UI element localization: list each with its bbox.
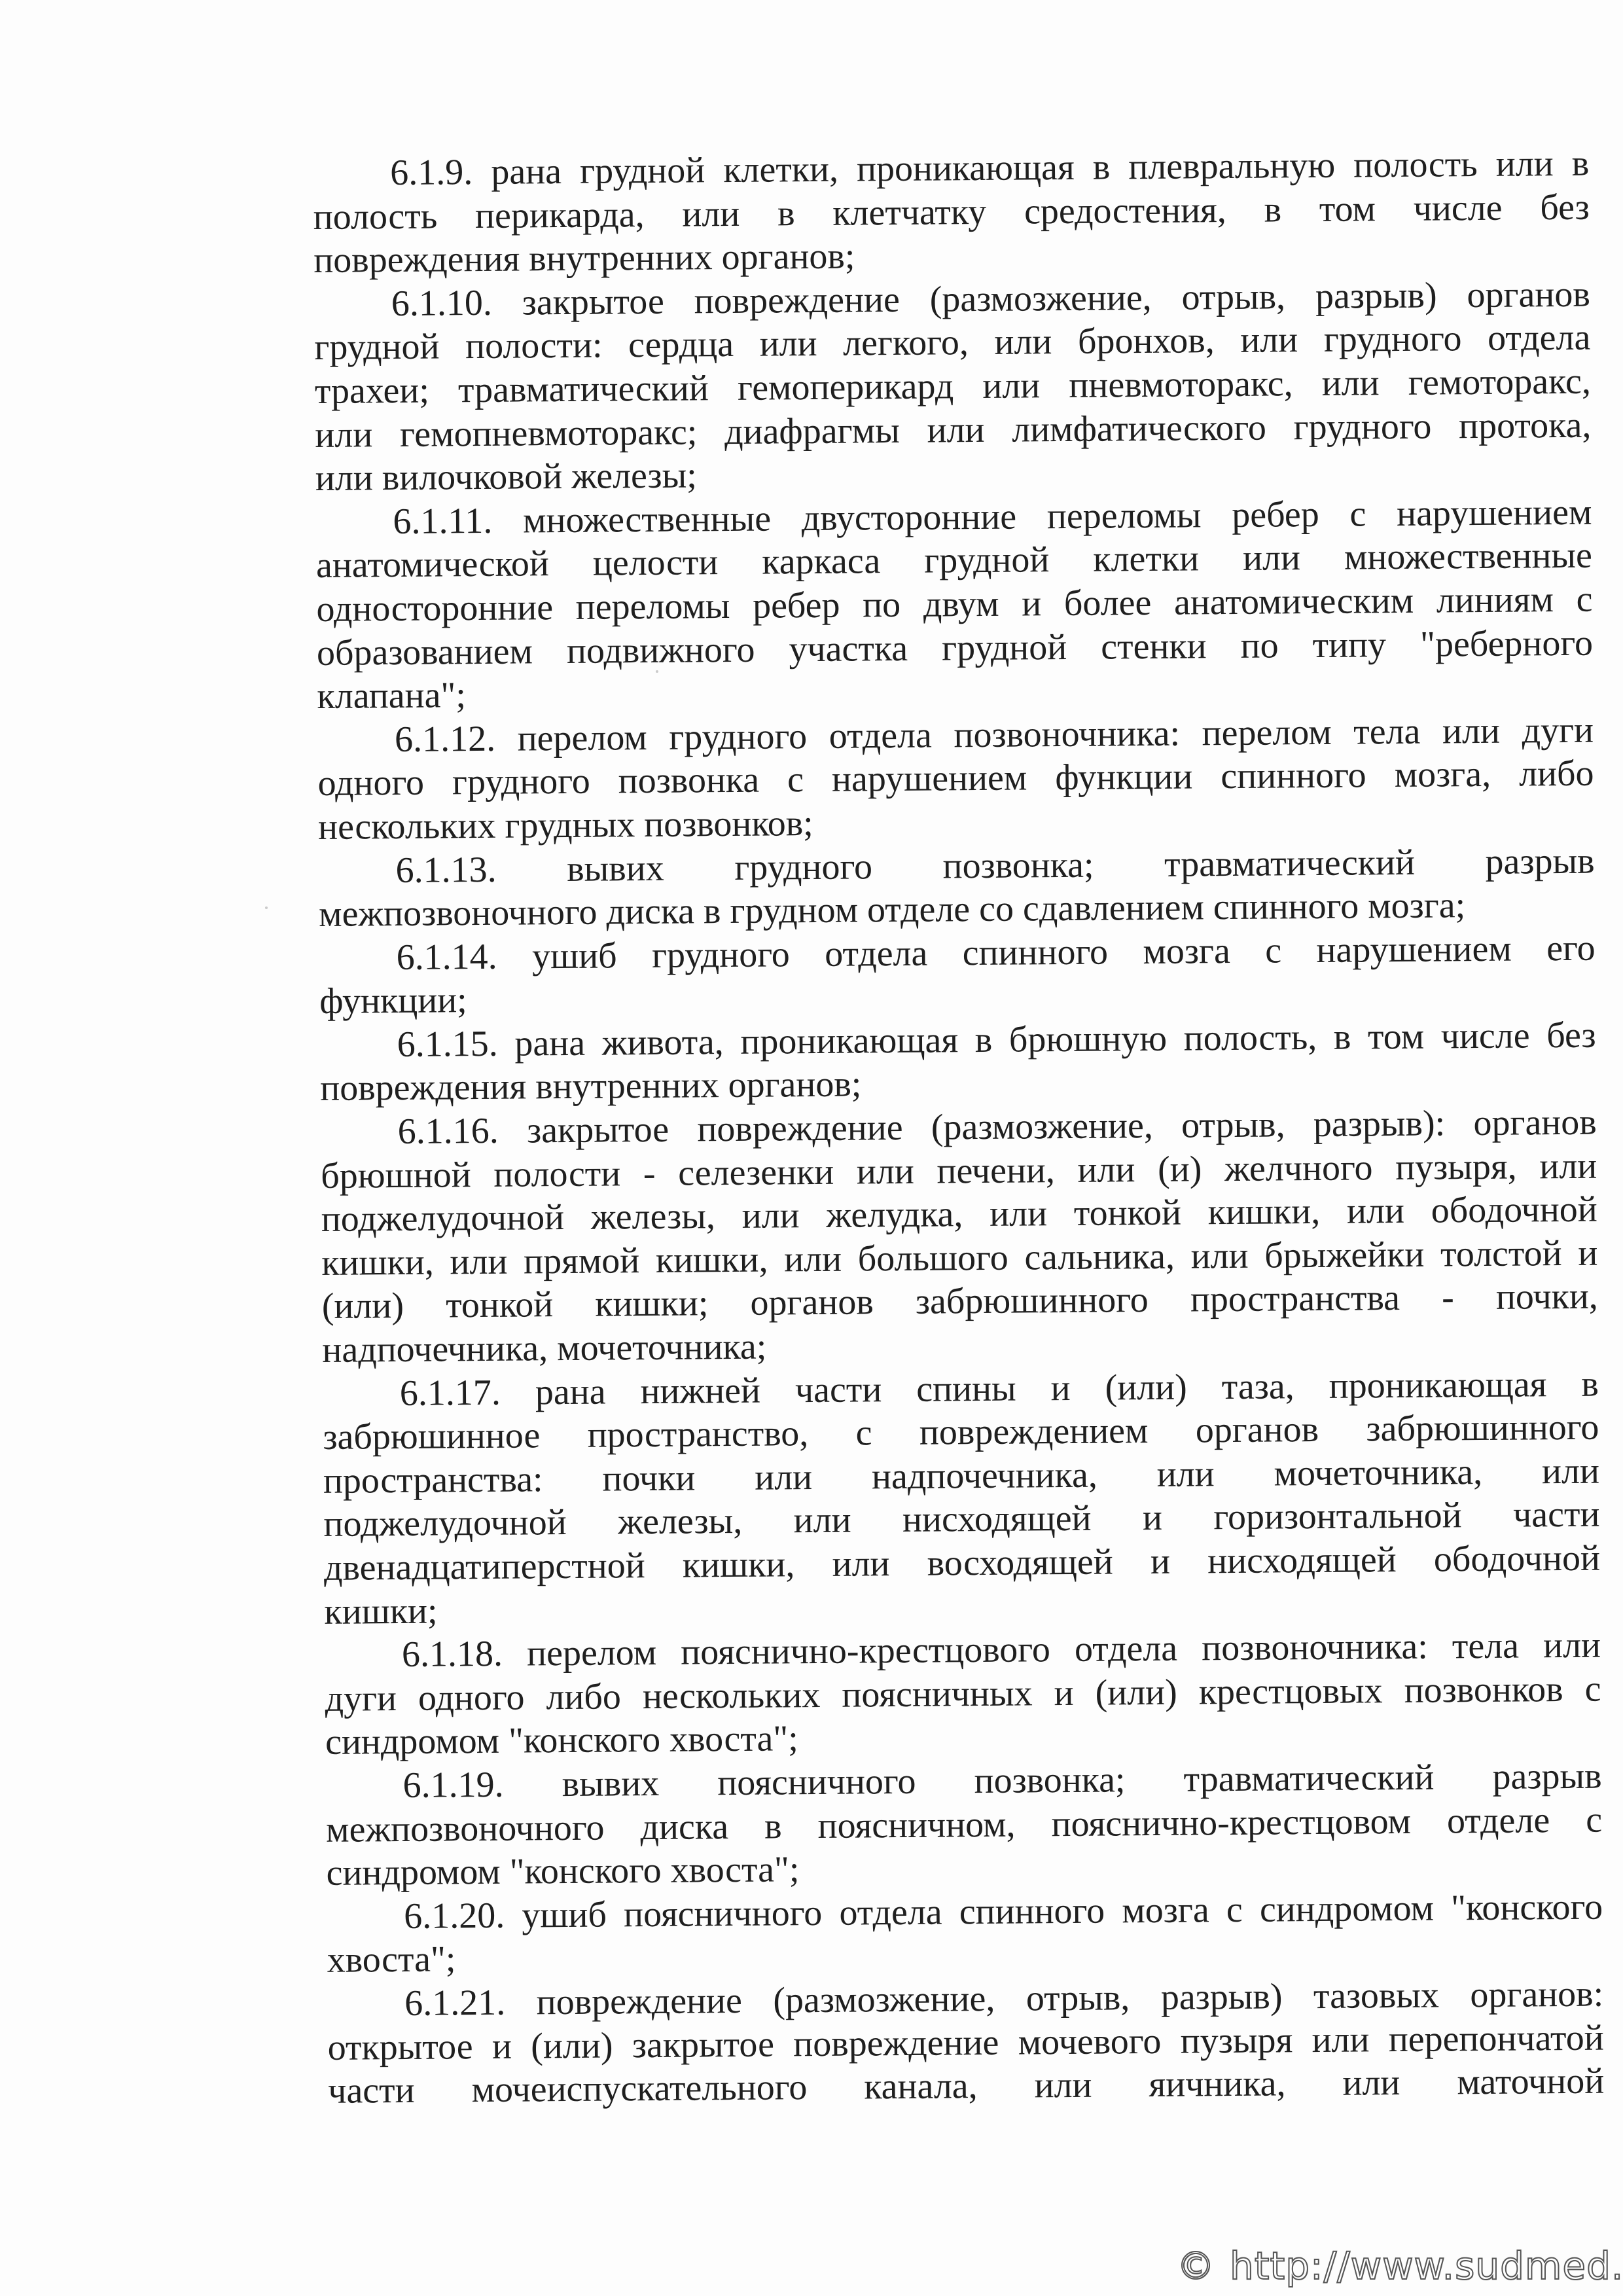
paragraph-6-1-12: 6.1.12. перелом грудного отдела позвоноч…	[317, 708, 1595, 849]
paragraph-6-1-11: 6.1.11. множественные двусторонние перел…	[315, 490, 1594, 718]
scan-speck	[265, 906, 268, 909]
paragraph-6-1-13: 6.1.13. вывих грудного позвонка; травмат…	[318, 839, 1595, 936]
paragraph-6-1-15: 6.1.15. рана живота, проникающая в брюшн…	[319, 1014, 1596, 1111]
paragraph-6-1-14: 6.1.14. ушиб грудного отдела спинного мо…	[319, 926, 1596, 1023]
site-watermark: ©http://www.sudmed.ru	[1177, 2244, 1623, 2288]
paragraph-6-1-9: 6.1.9. рана грудной клетки, проникающая …	[313, 142, 1590, 283]
paragraph-6-1-19: 6.1.19. вывих поясничного позвонка; трав…	[325, 1755, 1603, 1895]
document-body: 6.1.9. рана грудной клетки, проникающая …	[313, 142, 1604, 2113]
copyright-icon: ©	[1177, 2244, 1215, 2288]
scanned-page: 6.1.9. рана грудной клетки, проникающая …	[0, 0, 1623, 2296]
paragraph-6-1-21: 6.1.21. повреждение (размозжение, отрыв,…	[327, 1973, 1605, 2113]
paragraph-line: части мочеиспускательного канала, или яи…	[328, 2060, 1604, 2113]
watermark-url: http://www.sudmed.ru	[1230, 2244, 1623, 2288]
paragraph-6-1-10: 6.1.10. закрытое повреждение (размозжени…	[314, 272, 1592, 500]
paragraph-6-1-16: 6.1.16. закрытое повреждение (размозжени…	[321, 1101, 1599, 1372]
paragraph-6-1-20: 6.1.20. ушиб поясничного отдела спинного…	[327, 1885, 1603, 1982]
paragraph-6-1-18: 6.1.18. перелом пояснично-крестцового от…	[325, 1624, 1602, 1765]
paragraph-6-1-17: 6.1.17. рана нижней части спины и (или) …	[323, 1362, 1601, 1634]
scan-speck	[656, 670, 658, 673]
